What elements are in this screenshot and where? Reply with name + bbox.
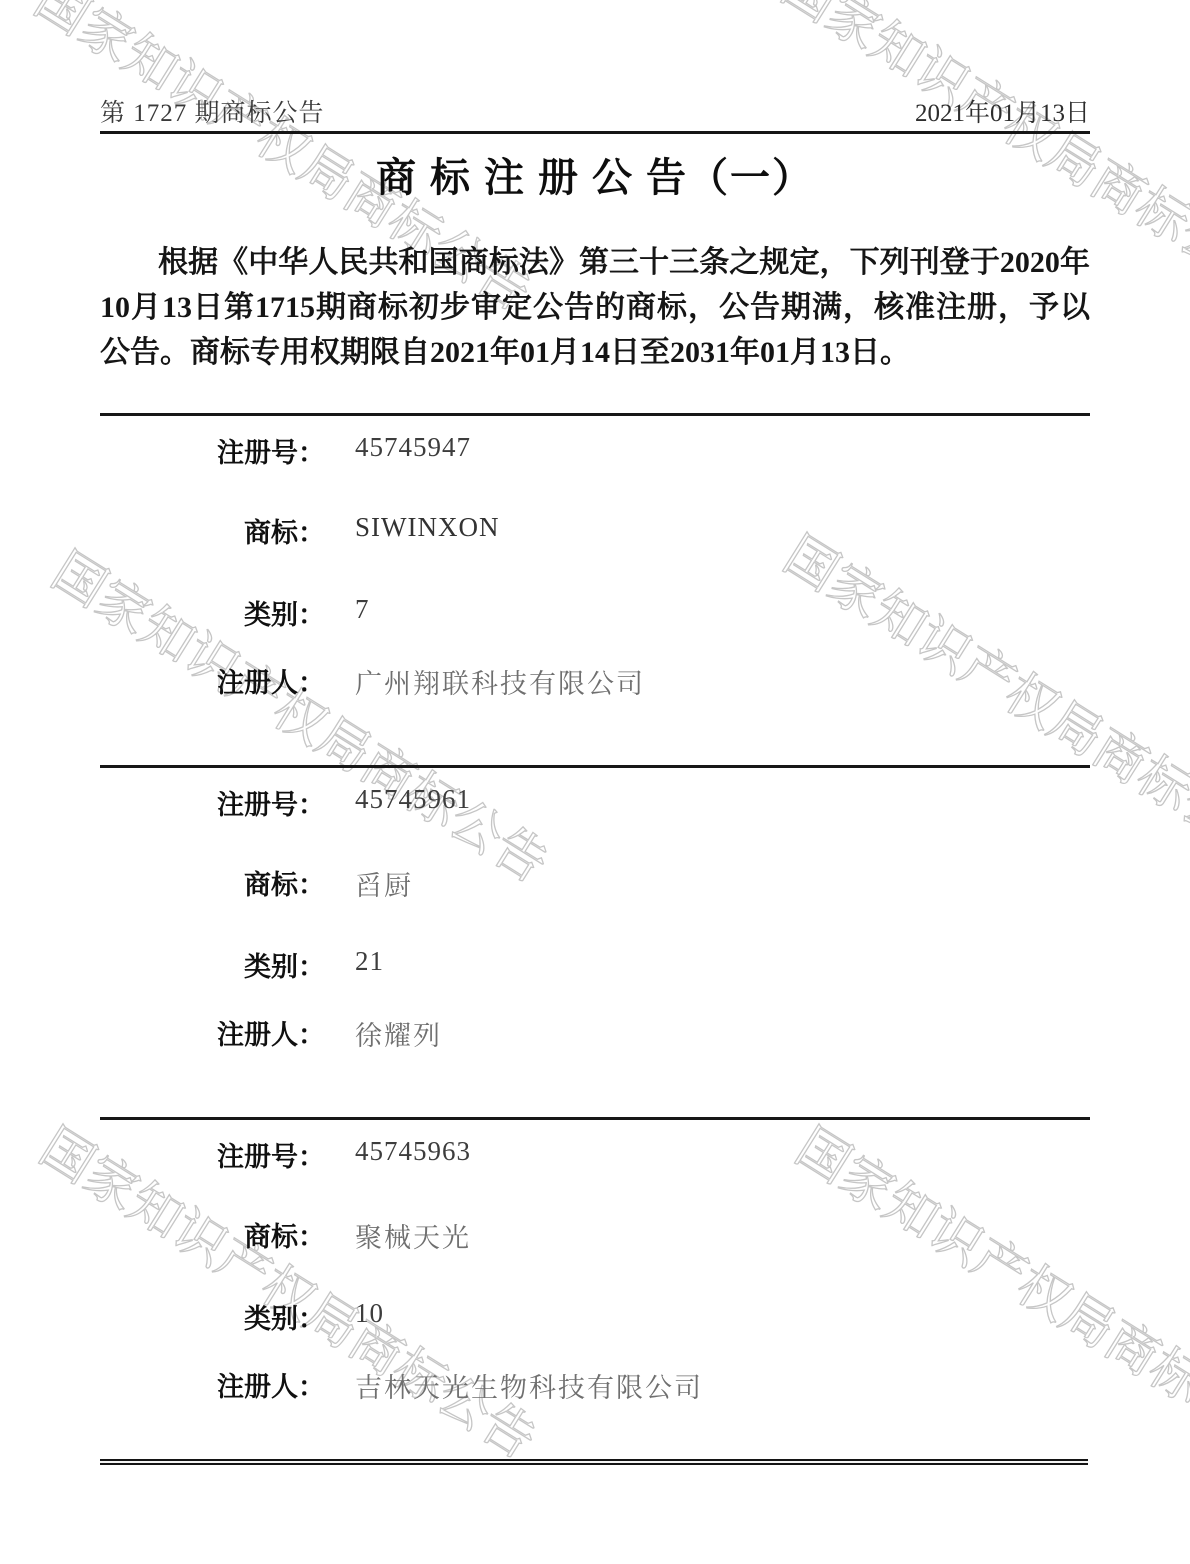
- owner-label: 注册人：: [100, 1365, 325, 1404]
- trademark-record: 注册号： 45745961 商标： 舀厨 类别： 21 注册人： 徐耀列: [100, 765, 1090, 1115]
- record-divider: [100, 413, 1090, 416]
- document-page: 国家知识产权局商标公告 国家知识产权局商标公告 国家知识产权局商标公告 国家知识…: [0, 0, 1190, 1564]
- record-row: 注册人： 吉林天光生物科技有限公司: [100, 1365, 1090, 1401]
- mark-value: SIWINXON: [355, 512, 499, 543]
- record-divider: [100, 765, 1090, 768]
- record-divider: [100, 1117, 1090, 1120]
- reg-no-label: 注册号：: [100, 783, 325, 822]
- mark-label: 商标：: [100, 511, 325, 550]
- class-label: 类别：: [100, 945, 325, 984]
- reg-no-value: 45745963: [355, 1136, 471, 1167]
- mark-label: 商标：: [100, 863, 325, 902]
- class-label: 类别：: [100, 593, 325, 632]
- mark-value: 聚械天光: [355, 1216, 471, 1255]
- owner-value: 吉林天光生物科技有限公司: [355, 1366, 703, 1405]
- record-row: 商标： SIWINXON: [100, 511, 1090, 547]
- reg-no-value: 45745961: [355, 784, 471, 815]
- trademark-record: 注册号： 45745963 商标： 聚械天光 类别： 10 注册人： 吉林天光生…: [100, 1117, 1090, 1467]
- class-value: 7: [355, 594, 370, 625]
- publication-date: 2021年01月13日: [915, 93, 1090, 129]
- record-row: 商标： 舀厨: [100, 863, 1090, 899]
- page-content: 第 1727 期商标公告 2021年01月13日 商 标 注 册 公 告（一） …: [0, 0, 1190, 1564]
- intro-paragraph: 根据《中华人民共和国商标法》第三十三条之规定，下列刊登于2020年 10月13日…: [100, 240, 1090, 375]
- record-row: 类别： 21: [100, 945, 1090, 981]
- mark-label: 商标：: [100, 1215, 325, 1254]
- record-row: 注册人： 徐耀列: [100, 1013, 1090, 1049]
- record-row: 注册号： 45745961: [100, 783, 1090, 819]
- reg-no-value: 45745947: [355, 432, 471, 463]
- record-row: 类别： 7: [100, 593, 1090, 629]
- record-row: 注册人： 广州翔联科技有限公司: [100, 661, 1090, 697]
- bottom-divider: [100, 1459, 1088, 1465]
- trademark-record: 注册号： 45745947 商标： SIWINXON 类别： 7 注册人： 广州…: [100, 413, 1090, 763]
- intro-line: 根据《中华人民共和国商标法》第三十三条之规定，下列刊登于2020年: [100, 240, 1090, 285]
- record-row: 类别： 10: [100, 1297, 1090, 1333]
- class-label: 类别：: [100, 1297, 325, 1336]
- page-title: 商 标 注 册 公 告（一）: [0, 146, 1190, 203]
- mark-value: 舀厨: [355, 864, 413, 903]
- reg-no-label: 注册号：: [100, 431, 325, 470]
- owner-value: 广州翔联科技有限公司: [355, 662, 645, 701]
- reg-no-label: 注册号：: [100, 1135, 325, 1174]
- owner-label: 注册人：: [100, 661, 325, 700]
- issue-number: 第 1727 期商标公告: [100, 93, 325, 129]
- class-value: 10: [355, 1298, 384, 1329]
- record-row: 注册号： 45745963: [100, 1135, 1090, 1171]
- header-divider: [100, 131, 1090, 134]
- intro-line: 10月13日第1715期商标初步审定公告的商标，公告期满，核准注册，予以: [100, 285, 1090, 330]
- class-value: 21: [355, 946, 384, 977]
- intro-line: 公告。商标专用权期限自2021年01月14日至2031年01月13日。: [100, 330, 1090, 375]
- record-row: 注册号： 45745947: [100, 431, 1090, 467]
- record-row: 商标： 聚械天光: [100, 1215, 1090, 1251]
- owner-value: 徐耀列: [355, 1014, 442, 1053]
- owner-label: 注册人：: [100, 1013, 325, 1052]
